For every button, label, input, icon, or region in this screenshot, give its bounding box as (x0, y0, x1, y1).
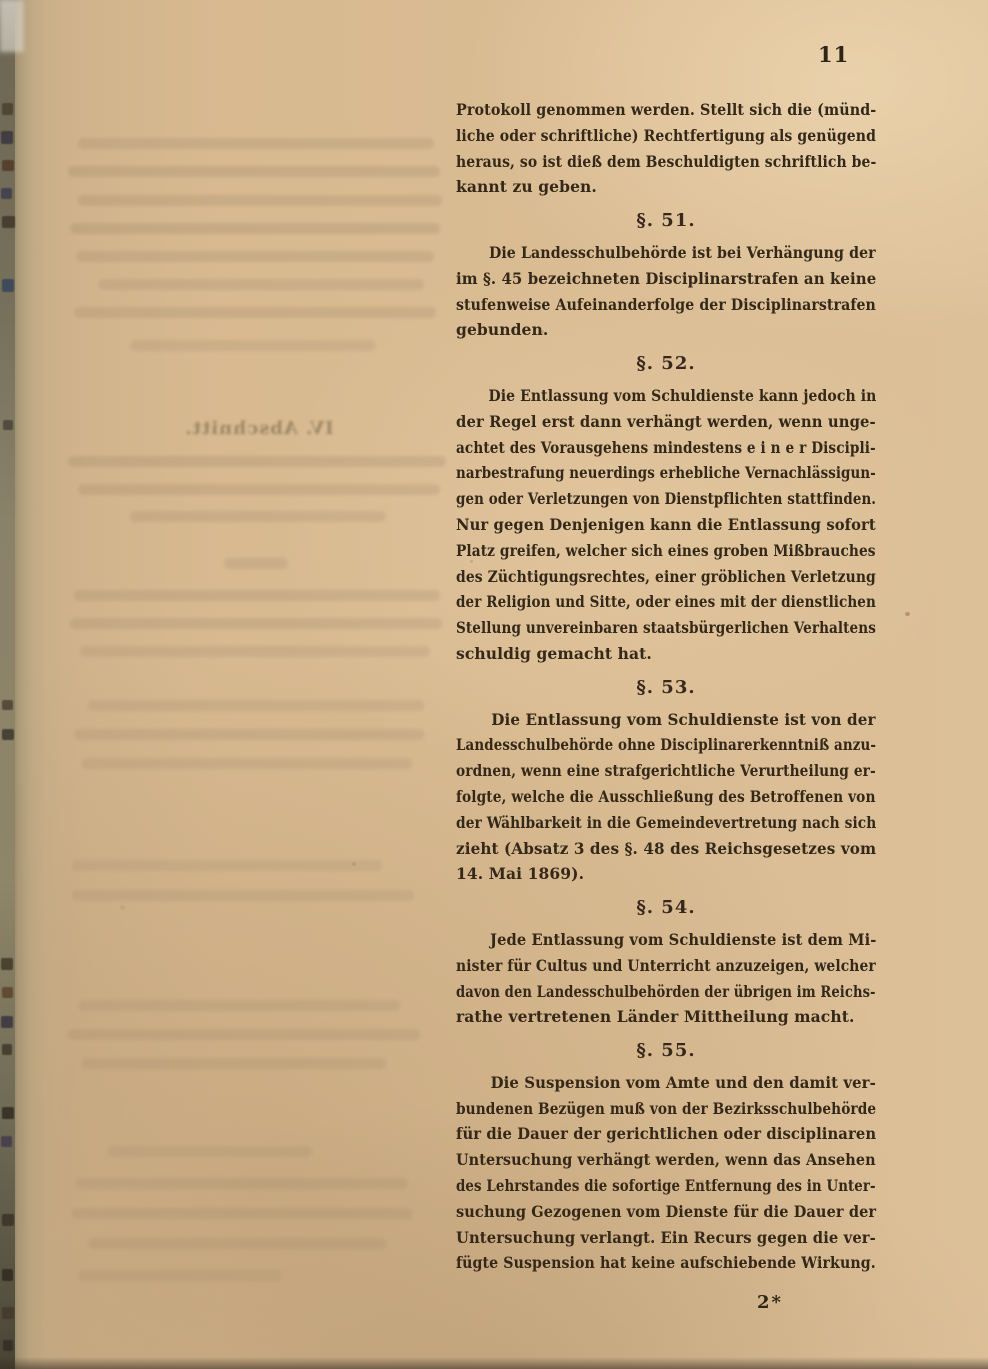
paper-speck (352, 862, 356, 866)
text-line: stufenweise Aufeinanderfolge der Discipl… (456, 292, 839, 318)
facing-page-text-fragment (2, 160, 14, 171)
section-heading: §. 51. (456, 208, 876, 234)
facing-page-edge (0, 0, 15, 1369)
bleed-through-line (74, 307, 436, 318)
text-line: zieht (Absatz 3 des §. 48 des Reichsgese… (456, 836, 868, 862)
facing-page-text-fragment (1, 958, 13, 970)
text-line: Protokoll genommen werden. Stellt sich d… (456, 97, 844, 123)
facing-page-text-fragment (2, 1269, 13, 1281)
facing-page-text-fragment (2, 1044, 12, 1055)
text-line: folgte, welche die Ausschließung des Bet… (456, 784, 829, 810)
bleed-through-line (82, 1058, 386, 1069)
text-line: liche oder schriftliche) Rechtfertigung … (456, 123, 836, 149)
bleed-through-line (78, 484, 440, 495)
facing-page-text-fragment (1, 1016, 13, 1028)
facing-page-text-fragment (2, 279, 14, 292)
text-line: Jede Entlassung vom Schuldienste ist dem… (456, 927, 853, 953)
text-line: heraus, so ist dieß dem Beschuldigten sc… (456, 149, 835, 175)
bleed-through-line (76, 1178, 408, 1189)
page-corner-highlight (0, 0, 24, 52)
facing-page-text-fragment (3, 420, 13, 430)
facing-page-text-fragment (2, 700, 13, 710)
bleed-through-line (88, 700, 424, 711)
bleed-through-line (68, 456, 446, 467)
text-line: des Lehrstandes die sofortige Entfernung… (456, 1173, 818, 1199)
text-line: Die Landesschulbehörde ist bei Verhängun… (456, 240, 840, 266)
section-heading: §. 55. (456, 1038, 876, 1064)
text-line: davon den Landesschulbehörden der übrige… (456, 979, 812, 1005)
text-line: für die Dauer der gerichtlichen oder dis… (456, 1121, 856, 1147)
text-line: der Wählbarkeit in die Gemeindevertretun… (456, 810, 829, 836)
facing-page-text-fragment (2, 987, 13, 998)
text-line: Stellung unvereinbaren staatsbürgerliche… (456, 615, 824, 641)
facing-page-text-fragment (2, 216, 15, 228)
text-line: im §. 45 bezeichneten Disciplinarstrafen… (456, 266, 861, 292)
text-line: Nur gegen Denjenigen kann die Entlassung… (456, 512, 856, 538)
bleed-through-line (130, 340, 376, 351)
text-line: suchung Gezogenen vom Dienste für die Da… (456, 1199, 850, 1225)
bleed-through-line (68, 166, 440, 177)
printers-signature-mark: 2* (757, 1292, 783, 1313)
paper-speck (120, 905, 125, 910)
text-line: bundenen Bezügen muß von der Bezirksschu… (456, 1096, 827, 1122)
text-line: Platz greifen, welcher sich eines groben… (456, 538, 828, 564)
facing-page-text-fragment (2, 729, 14, 740)
section-heading: §. 53. (456, 675, 876, 701)
text-line: rathe vertretenen Länder Mittheilung mac… (456, 1004, 876, 1030)
bleed-through-line (78, 195, 442, 206)
facing-page-text-fragment (2, 1214, 14, 1226)
facing-page-text-fragment (3, 1340, 13, 1351)
bleed-through-line (72, 1208, 412, 1219)
text-line: nister für Cultus und Unterricht anzuzei… (456, 953, 833, 979)
text-line: kannt zu geben. (456, 174, 876, 200)
text-line: 14. Mai 1869). (456, 861, 876, 887)
bleed-through-line (78, 1000, 400, 1011)
paper-speck (905, 612, 910, 616)
bleed-through-line (82, 758, 412, 769)
bleed-through-line (224, 558, 288, 569)
text-line: Die Entlassung vom Schuldienste ist von … (456, 707, 867, 733)
bleed-through-line (74, 729, 424, 740)
bleed-through-line (68, 1029, 420, 1040)
text-line: ordnen, wenn eine strafgerichtliche Veru… (456, 758, 828, 784)
bleed-through-line (78, 138, 434, 149)
bleed-through-line (108, 1146, 312, 1157)
ink-bleed-through: IV. Abschnitt. (66, 100, 452, 1310)
section-heading: §. 54. (456, 895, 876, 921)
bleed-through-mirrored-heading: IV. Abschnitt. (66, 418, 452, 439)
bleed-through-line (70, 618, 442, 629)
text-line: der Religion und Sitte, oder eines mit d… (456, 589, 823, 615)
bleed-through-line (130, 511, 386, 522)
bleed-through-line (88, 1238, 386, 1249)
bleed-through-line (74, 590, 440, 601)
bleed-through-line (80, 646, 430, 657)
facing-page-text-fragment (1, 1136, 12, 1147)
page-number: 11 (818, 42, 849, 67)
bleed-through-line (76, 251, 434, 262)
text-line: schuldig gemacht hat. (456, 641, 876, 667)
text-line: Landesschulbehörde ohne Disciplinarerken… (456, 732, 820, 758)
text-line: gebunden. (456, 317, 876, 343)
bleed-through-line (98, 279, 424, 290)
text-line: Die Entlassung vom Schuldienste kann jed… (456, 383, 835, 409)
page-text-column: Protokoll genommen werden. Stellt sich d… (456, 97, 876, 1276)
facing-page-text-fragment (2, 103, 13, 115)
text-line: des Züchtigungsrechtes, einer gröblichen… (456, 564, 833, 590)
text-line: gen oder Verletzungen von Dienstpflichte… (456, 486, 820, 512)
text-line: der Regel erst dann verhängt werden, wen… (456, 409, 857, 435)
text-line: fügte Suspension hat keine aufschiebende… (456, 1250, 839, 1276)
book-page: IV. Abschnitt. 11 Protokoll genommen wer… (0, 0, 988, 1369)
text-line: achtet des Vorausgehens mindestens e i n… (456, 435, 826, 461)
bleed-through-line (70, 223, 440, 234)
bleed-through-line (72, 890, 414, 901)
facing-page-text-fragment (1, 131, 13, 144)
text-line: Untersuchung verlangt. Ein Recurs gegen … (456, 1225, 856, 1251)
bleed-through-line (78, 1270, 282, 1281)
section-heading: §. 52. (456, 351, 876, 377)
text-line: Die Suspension vom Amte und den damit ve… (456, 1070, 860, 1096)
facing-page-text-fragment (2, 1107, 14, 1119)
text-line: Untersuchung verhängt werden, wenn das A… (456, 1147, 846, 1173)
text-line: narbestrafung neuerdings erhebliche Vern… (456, 460, 819, 486)
page-bottom-shadow (0, 1357, 988, 1369)
facing-page-text-fragment (2, 1307, 14, 1319)
facing-page-text-fragment (1, 188, 12, 199)
bleed-through-line (72, 860, 382, 871)
